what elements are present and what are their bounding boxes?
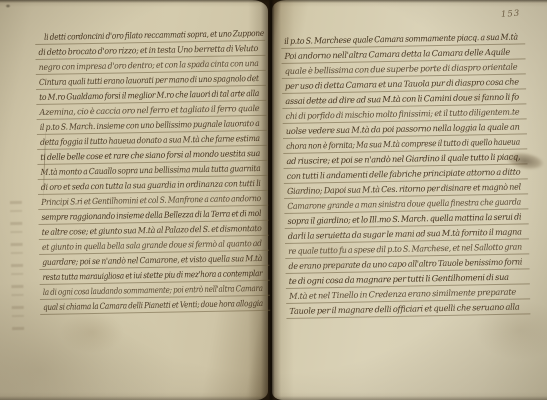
right-page-lines: il p.to S. Marchese quale Camara sommame… xyxy=(284,29,525,318)
left-page-lines: li detti cordoncini d'oro filato reccamm… xyxy=(38,26,265,315)
folio-number: 153 xyxy=(501,8,528,20)
ink-showthrough xyxy=(10,196,24,334)
manuscript-spread: li detti cordoncini d'oro filato reccamm… xyxy=(0,0,547,400)
